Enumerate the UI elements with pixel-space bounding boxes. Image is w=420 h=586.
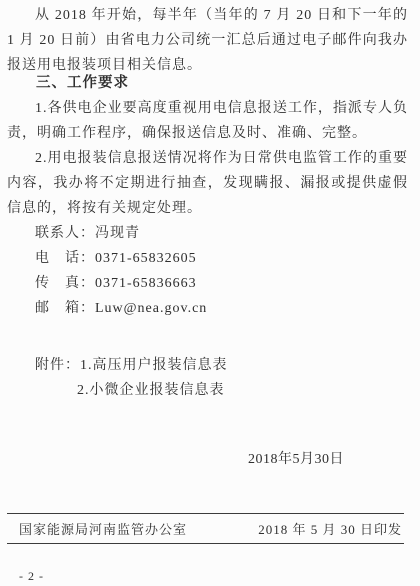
work-item-2: 2.用电报装信息报送情况将作为日常供电监管工作的重要内容，我办将不定期进行抽查，… xyxy=(7,146,408,221)
paragraph-intro: 从 2018 年开始，每半年（当年的 7 月 20 日和下一年的 1 月 20 … xyxy=(7,3,408,78)
document-body: 从 2018 年开始，每半年（当年的 7 月 20 日和下一年的 1 月 20 … xyxy=(7,3,408,403)
contact-block: 联系人：冯现青 电 话：0371-65832605 传 真：0371-65836… xyxy=(7,221,408,321)
print-date: 2018 年 5 月 30 日印发 xyxy=(258,519,402,538)
contact-person: 联系人：冯现青 xyxy=(7,221,408,246)
attachment-line-2: 2.小微企业报装信息表 xyxy=(7,378,408,403)
contact-fax: 传 真：0371-65836663 xyxy=(7,271,408,296)
section-heading: 三、工作要求 xyxy=(7,71,408,96)
colophon-bar: 国家能源局河南监管办公室 2018 年 5 月 30 日印发 xyxy=(7,513,404,544)
document-page: 从 2018 年开始，每半年（当年的 7 月 20 日和下一年的 1 月 20 … xyxy=(0,0,420,586)
contact-email: 邮 箱：Luw@nea.gov.cn xyxy=(7,296,408,321)
work-item-1: 1.各供电企业要高度重视用电信息报送工作，指派专人负责，明确工作程序，确保报送信… xyxy=(7,96,408,146)
issue-date: 2018年5月30日 xyxy=(248,448,344,468)
contact-phone: 电 话：0371-65832605 xyxy=(7,246,408,271)
attachment-1-title: 1.高压用户报装信息表 xyxy=(80,358,228,373)
attachment-line-1: 附件：1.高压用户报装信息表 xyxy=(7,353,408,378)
page-number: - 2 - xyxy=(19,569,44,584)
attachments-label: 附件： xyxy=(35,358,80,373)
issuing-office: 国家能源局河南监管办公室 xyxy=(19,519,187,538)
attachments-block: 附件：1.高压用户报装信息表 2.小微企业报装信息表 xyxy=(7,353,408,403)
